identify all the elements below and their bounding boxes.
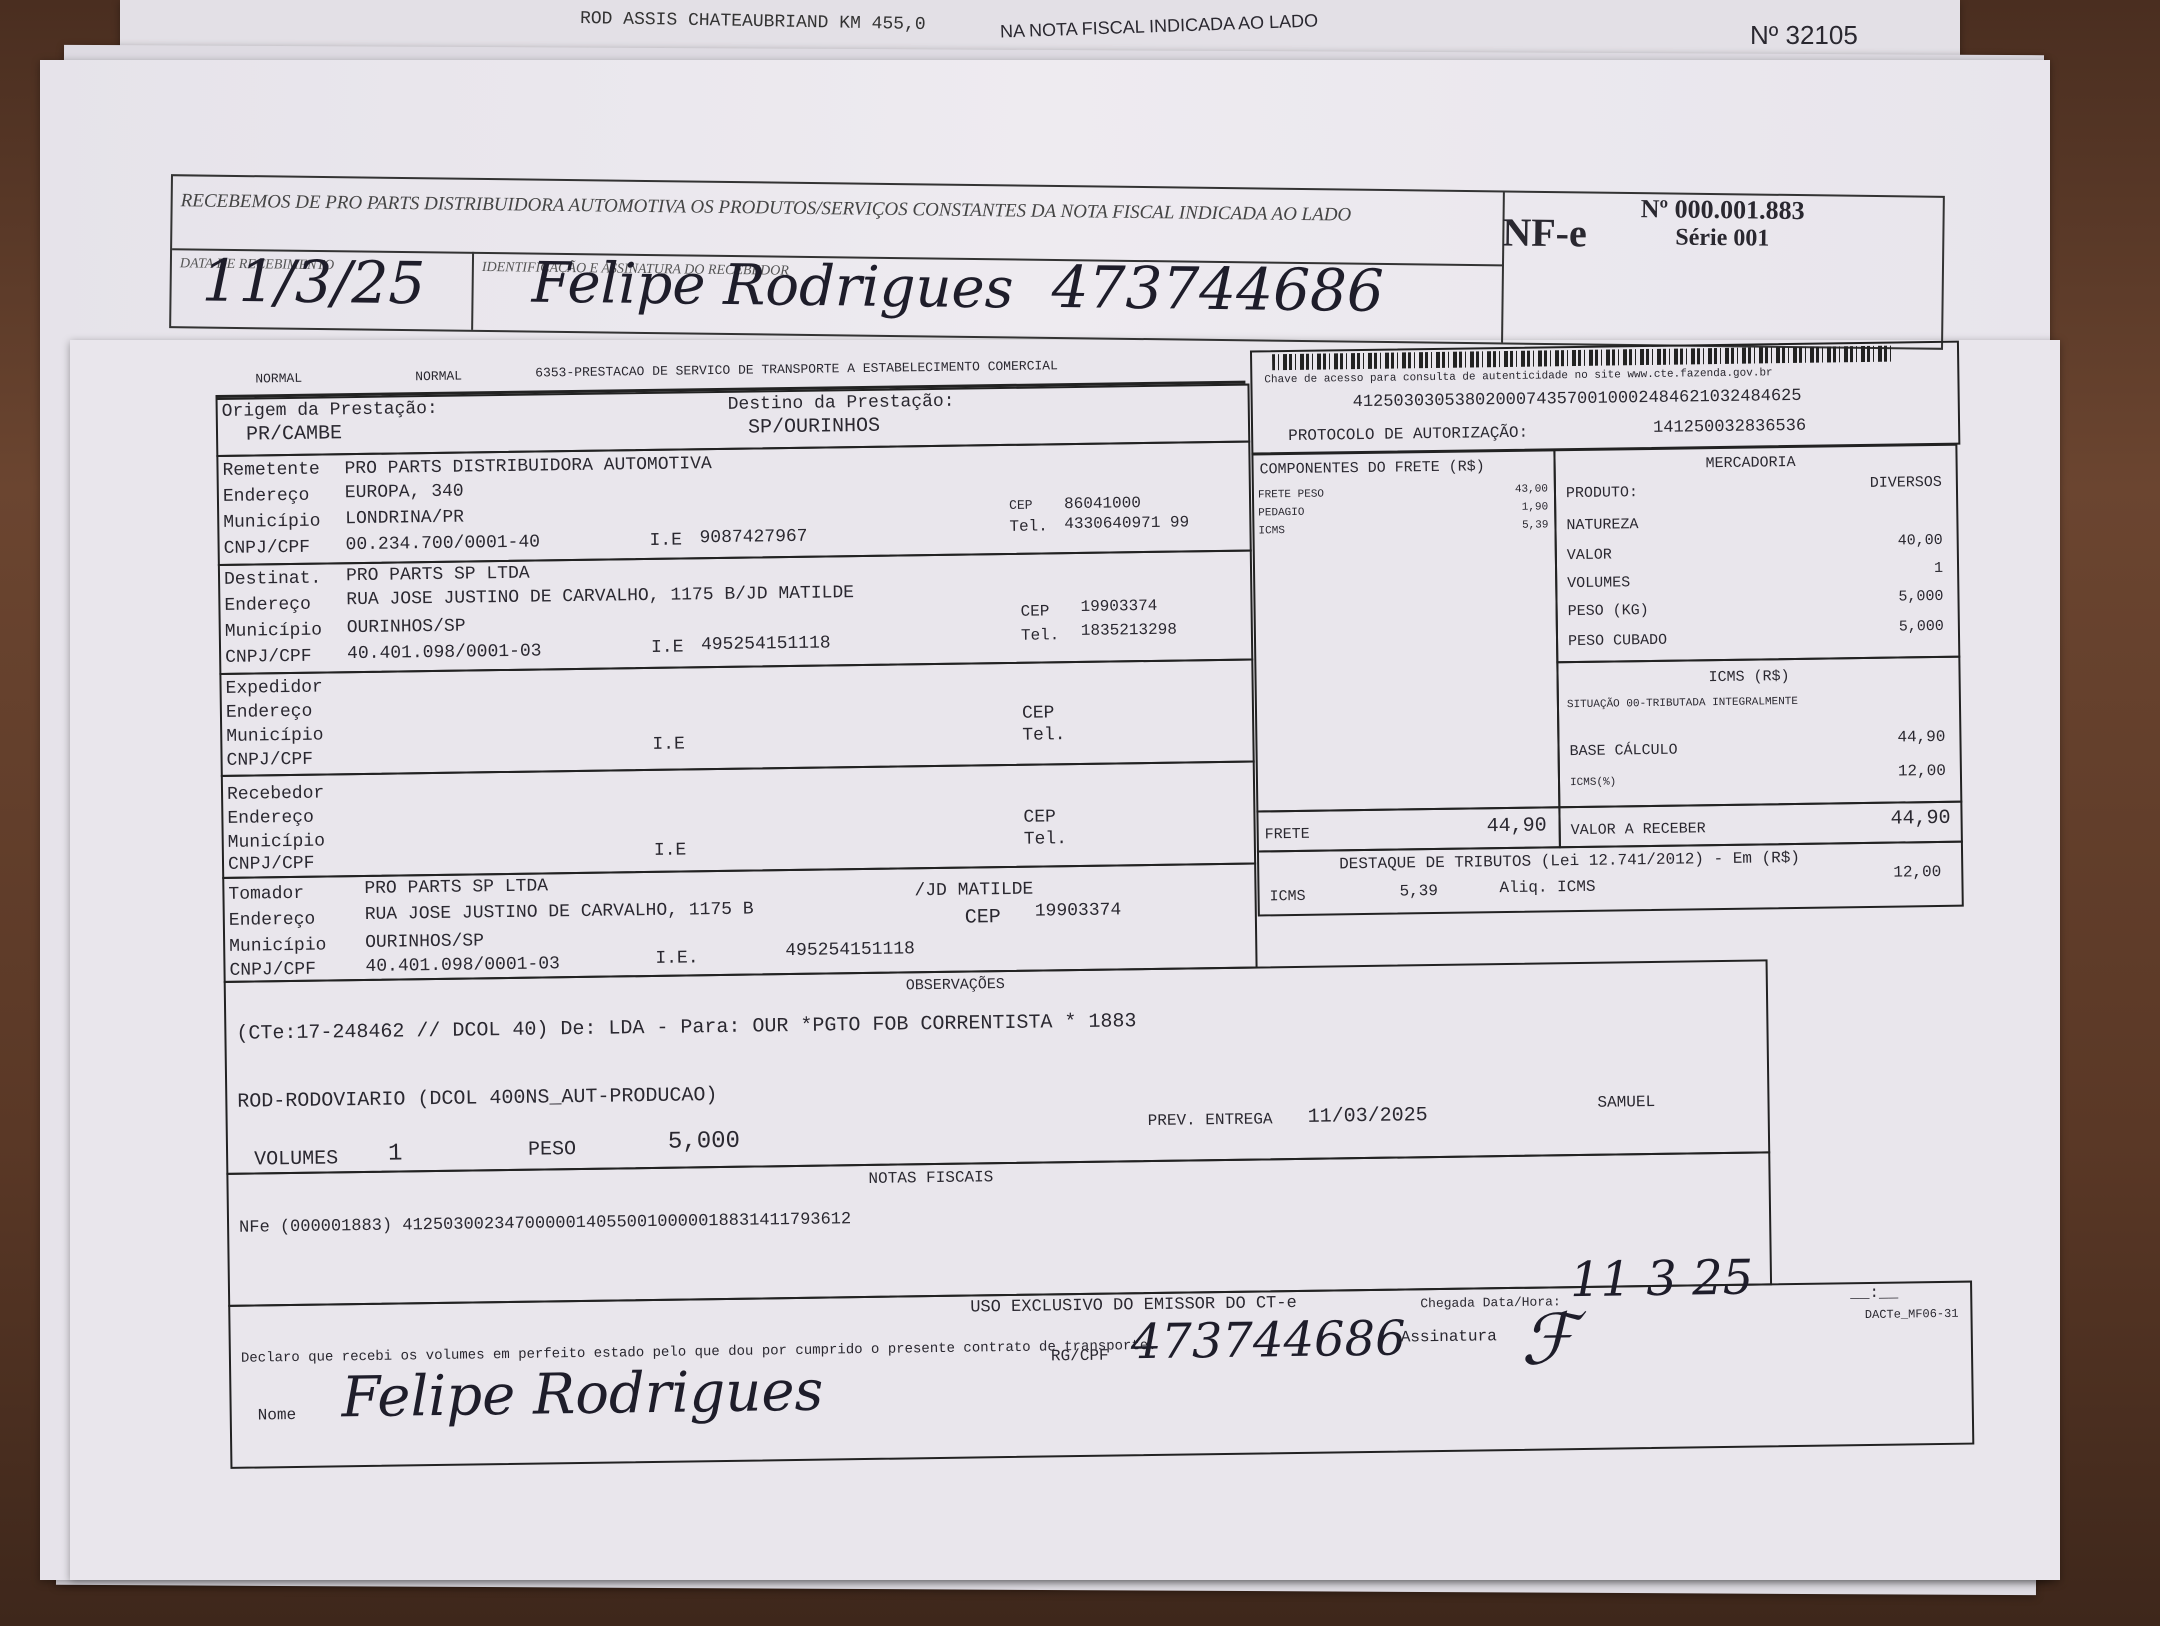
expedidor-endereco-label: Endereço (226, 702, 313, 723)
tomador-box: Tomador PRO PARTS SP LTDA Endereço RUA J… (222, 863, 1257, 983)
valor-value: 40,00 (1898, 532, 1943, 550)
expedidor-cep-label: CEP (1022, 703, 1055, 723)
observacoes-box: OBSERVAÇÕES (CTe:17-248462 // DCOL 40) D… (224, 959, 1771, 1175)
remetente-ie: 9087427967 (699, 527, 807, 549)
destinatario-cnpj: 40.401.098/0001-03 (347, 641, 542, 664)
peso-value: 5,000 (1898, 588, 1943, 606)
obs-volumes-value: 1 (388, 1140, 403, 1167)
mercadoria-box: MERCADORIA PRODUTO: DIVERSOS NATUREZA VA… (1553, 444, 1960, 664)
handwritten-id: 473744686 (1051, 253, 1384, 325)
recebedor-ie-label: I.E (654, 840, 687, 860)
notas-fiscais-box: NOTAS FISCAIS NFe (000001883) 4125030023… (226, 1151, 1772, 1307)
dacte-form: NORMAL NORMAL 6353-PRESTACAO DE SERVICO … (215, 336, 1980, 1480)
recebedor-municipio-label: Município (228, 832, 325, 853)
delivery-receipt-box: USO EXCLUSIVO DO EMISSOR DO CT-e Chegada… (228, 1281, 1974, 1469)
origem-label: Origem da Prestação: (222, 399, 438, 422)
freight-components-box: COMPONENTES DO FRETE (R$) FRETE PESO 43,… (1251, 449, 1560, 812)
nome-label: Nome (258, 1406, 297, 1425)
recebedor-tel-label: Tel. (1024, 829, 1067, 850)
component-value: 43,00 (1515, 483, 1548, 495)
notas-fiscais-title: NOTAS FISCAIS (868, 1168, 993, 1188)
destinatario-endereco-label: Endereço (224, 595, 311, 616)
volumes-label: VOLUMES (1567, 574, 1630, 592)
remetente-cnpj-label: CNPJ/CPF (223, 538, 310, 559)
obs-peso-label: PESO (528, 1138, 576, 1162)
remetente-cep: 86041000 (1064, 494, 1141, 513)
destino-label: Destino da Prestação: (728, 392, 955, 415)
frete-total-box: FRETE 44,90 (1256, 806, 1561, 852)
protocol-value: 141250032836536 (1653, 417, 1806, 438)
tributos-title: DESTAQUE DE TRIBUTOS (Lei 12.741/2012) -… (1339, 849, 1800, 873)
base-calculo-label: BASE CÁLCULO (1569, 742, 1677, 761)
volumes-value: 1 (1934, 560, 1943, 577)
tomador-endereco-label: Endereço (229, 910, 316, 931)
operador-name: SAMUEL (1597, 1093, 1655, 1112)
origem-value: PR/CAMBE (246, 422, 342, 446)
chegada-date-handwritten: 11 3 25 (1570, 1250, 1754, 1309)
tributos-aliq-value: 12,00 (1893, 863, 1941, 882)
icms-box: ICMS (R$) SITUAÇÃO 00-TRIBUTADA INTEGRAL… (1556, 656, 1962, 809)
expedidor-tel-label: Tel. (1022, 725, 1065, 746)
remetente-ie-label: I.E (649, 530, 682, 550)
peso-cubado-label: PESO CUBADO (1568, 632, 1667, 650)
access-key-value: 4125030305380200074357001000248462103248… (1353, 387, 1802, 412)
destinatario-box: Destinat. PRO PARTS SP LTDA Endereço RUA… (218, 550, 1253, 675)
valor-receber-value: 44,90 (1890, 807, 1950, 831)
recebedor-label: Recebedor (227, 784, 324, 805)
expedidor-label: Expedidor (225, 678, 322, 699)
destinatario-cnpj-label: CNPJ/CPF (225, 647, 312, 668)
assinatura-label: Assinatura (1401, 1327, 1497, 1346)
prev-entrega-value: 11/03/2025 (1308, 1104, 1428, 1129)
tributos-box: DESTAQUE DE TRIBUTOS (Lei 12.741/2012) -… (1257, 841, 1964, 917)
recebedor-endereco-label: Endereço (227, 808, 314, 829)
remetente-endereco: EUROPA, 340 (345, 482, 464, 504)
remetente-cnpj: 00.234.700/0001-40 (345, 532, 540, 555)
destinatario-cep: 19903374 (1080, 597, 1157, 616)
peso-cubado-value: 5,000 (1899, 618, 1944, 636)
access-key-label: Chave de acesso para consulta de autenti… (1264, 367, 1772, 386)
destinatario-municipio-label: Município (225, 621, 322, 642)
handwritten-signature: Felipe Rodrigues (531, 251, 1014, 322)
icms-aliquota-value: 12,00 (1898, 762, 1946, 781)
destinatario-tel-label: Tel. (1021, 626, 1060, 645)
recebedor-box: Recebedor Endereço Município CNPJ/CPF I.… (221, 761, 1256, 879)
tomador-label: Tomador (228, 884, 304, 905)
nfe-title: NF-e (1502, 208, 1587, 256)
component-value: 5,39 (1522, 519, 1549, 531)
tomador-name: PRO PARTS SP LTDA (364, 876, 548, 899)
expedidor-municipio-label: Município (226, 726, 323, 747)
tomador-ie-label: I.E. (655, 948, 698, 969)
protocol-label: PROTOCOLO DE AUTORIZAÇÃO: (1288, 424, 1528, 445)
tributos-icms-label: ICMS (1269, 888, 1305, 906)
receipt-stub: RECEBEMOS DE PRO PARTS DISTRIBUIDORA AUT… (169, 174, 1945, 350)
receipt-text: RECEBEMOS DE PRO PARTS DISTRIBUIDORA AUT… (181, 190, 1501, 228)
tributos-icms-value: 5,39 (1399, 882, 1438, 901)
component-label: ICMS (1258, 525, 1285, 537)
barcode-icon (1272, 346, 1892, 371)
remetente-label: Remetente (222, 460, 319, 481)
icms-title: ICMS (R$) (1708, 668, 1789, 686)
chegada-hora-field: __:__ (1850, 1284, 1898, 1303)
nfe-number-box: NF-e Nº 000.001.883 Série 001 (1501, 192, 1943, 347)
background-number-fragment: Nº 32105 (1750, 20, 1858, 51)
destinatario-endereco: RUA JOSE JUSTINO DE CARVALHO, 1175 B/JD … (346, 583, 854, 610)
component-label: PEDAGIO (1258, 507, 1304, 520)
tomador-ie: 495254151118 (785, 939, 915, 961)
frete-total-value: 44,90 (1486, 814, 1546, 838)
tributos-aliq-label: Aliq. ICMS (1499, 878, 1595, 897)
handwritten-date: 11/3/25 (201, 247, 425, 318)
icms-aliquota-label: ICMS(%) (1570, 776, 1616, 789)
remetente-municipio: LONDRINA/PR (345, 508, 464, 530)
remetente-municipio-label: Município (223, 512, 320, 533)
assinatura-handwritten: ℱ (1520, 1298, 1576, 1381)
destinatario-ie: 495254151118 (701, 633, 831, 655)
nota-fiscal-item: NFe (000001883) 412503002347000001405500… (239, 1210, 851, 1238)
tomador-municipio: OURINHOS/SP (365, 931, 484, 953)
destinatario-tel: 1835213298 (1081, 621, 1177, 640)
destino-value: SP/OURINHOS (748, 415, 880, 440)
recebedor-cnpj-label: CNPJ/CPF (228, 854, 315, 875)
destinatario-cep-label: CEP (1020, 602, 1049, 620)
remetente-box: Remetente PRO PARTS DISTRIBUIDORA AUTOMO… (216, 441, 1251, 566)
peso-label: PESO (KG) (1568, 602, 1649, 620)
access-key-box: Chave de acesso para consulta de autenti… (1250, 341, 1960, 455)
expedidor-ie-label: I.E (652, 734, 685, 754)
remetente-cep-label: CEP (1009, 498, 1033, 513)
obs-peso-value: 5,000 (668, 1128, 740, 1156)
tomador-cep-label: CEP (965, 906, 1001, 930)
component-label: FRETE PESO (1258, 489, 1324, 502)
recebedor-cep-label: CEP (1023, 807, 1056, 827)
destinatario-ie-label: I.E (651, 637, 684, 657)
tomador-cnpj-label: CNPJ/CPF (229, 960, 316, 981)
form-code: DACTe_MF06-31 (1865, 1307, 1959, 1322)
prev-entrega-label: PREV. ENTREGA (1148, 1110, 1273, 1130)
observacoes-line1: (CTe:17-248462 // DCOL 40) De: LDA - Par… (236, 1010, 1136, 1046)
destinatario-municipio: OURINHOS/SP (347, 617, 466, 639)
tomador-complemento: /JD MATILDE (914, 880, 1033, 902)
remetente-endereco-label: Endereço (223, 486, 310, 507)
obs-volumes-label: VOLUMES (254, 1147, 338, 1171)
natureza-label: NATUREZA (1566, 516, 1638, 534)
valor-receber-label: VALOR A RECEBER (1571, 820, 1706, 839)
cfop: 6353-PRESTACAO DE SERVICO DE TRANSPORTE … (535, 358, 1058, 380)
tomador-cep: 19903374 (1035, 900, 1122, 921)
expedidor-box: Expedidor Endereço Município CNPJ/CPF I.… (219, 659, 1254, 777)
remetente-tel-label: Tel. (1009, 517, 1048, 536)
mercadoria-title: MERCADORIA (1705, 454, 1795, 472)
base-calculo-value: 44,90 (1897, 728, 1945, 747)
rg-cpf-label: RG/CPF (1051, 1347, 1109, 1366)
nome-handwritten: Felipe Rodrigues (341, 1359, 824, 1431)
remetente-name: PRO PARTS DISTRIBUIDORA AUTOMOTIVA (344, 454, 712, 479)
rg-cpf-handwritten: 473744686 (1130, 1310, 1406, 1370)
expedidor-cnpj-label: CNPJ/CPF (226, 750, 313, 771)
valor-label: VALOR (1567, 547, 1612, 565)
component-value: 1,90 (1522, 501, 1549, 513)
tipo-servico: NORMAL (415, 369, 462, 385)
tomador-endereco: RUA JOSE JUSTINO DE CARVALHO, 1175 B (365, 900, 754, 925)
remetente-tel: 4330640971 99 (1064, 513, 1189, 533)
produto-label: PRODUTO: (1566, 484, 1638, 502)
frete-total-label: FRETE (1265, 826, 1310, 844)
icms-situacao: SITUAÇÃO 00-TRIBUTADA INTEGRALMENTE (1567, 696, 1798, 711)
observacoes-title: OBSERVAÇÕES (906, 976, 1005, 994)
tipo-cte: NORMAL (255, 371, 302, 387)
produto-value: DIVERSOS (1870, 474, 1942, 492)
observacoes-line2: ROD-RODOVIARIO (DCOL 400NS_AUT-PRODUCAO) (237, 1084, 717, 1114)
destinatario-label: Destinat. (224, 569, 321, 590)
tomador-cnpj: 40.401.098/0001-03 (365, 954, 560, 977)
tomador-municipio-label: Município (229, 936, 326, 957)
destinatario-name: PRO PARTS SP LTDA (346, 564, 530, 587)
freight-components-title: COMPONENTES DO FRETE (R$) (1260, 458, 1485, 478)
